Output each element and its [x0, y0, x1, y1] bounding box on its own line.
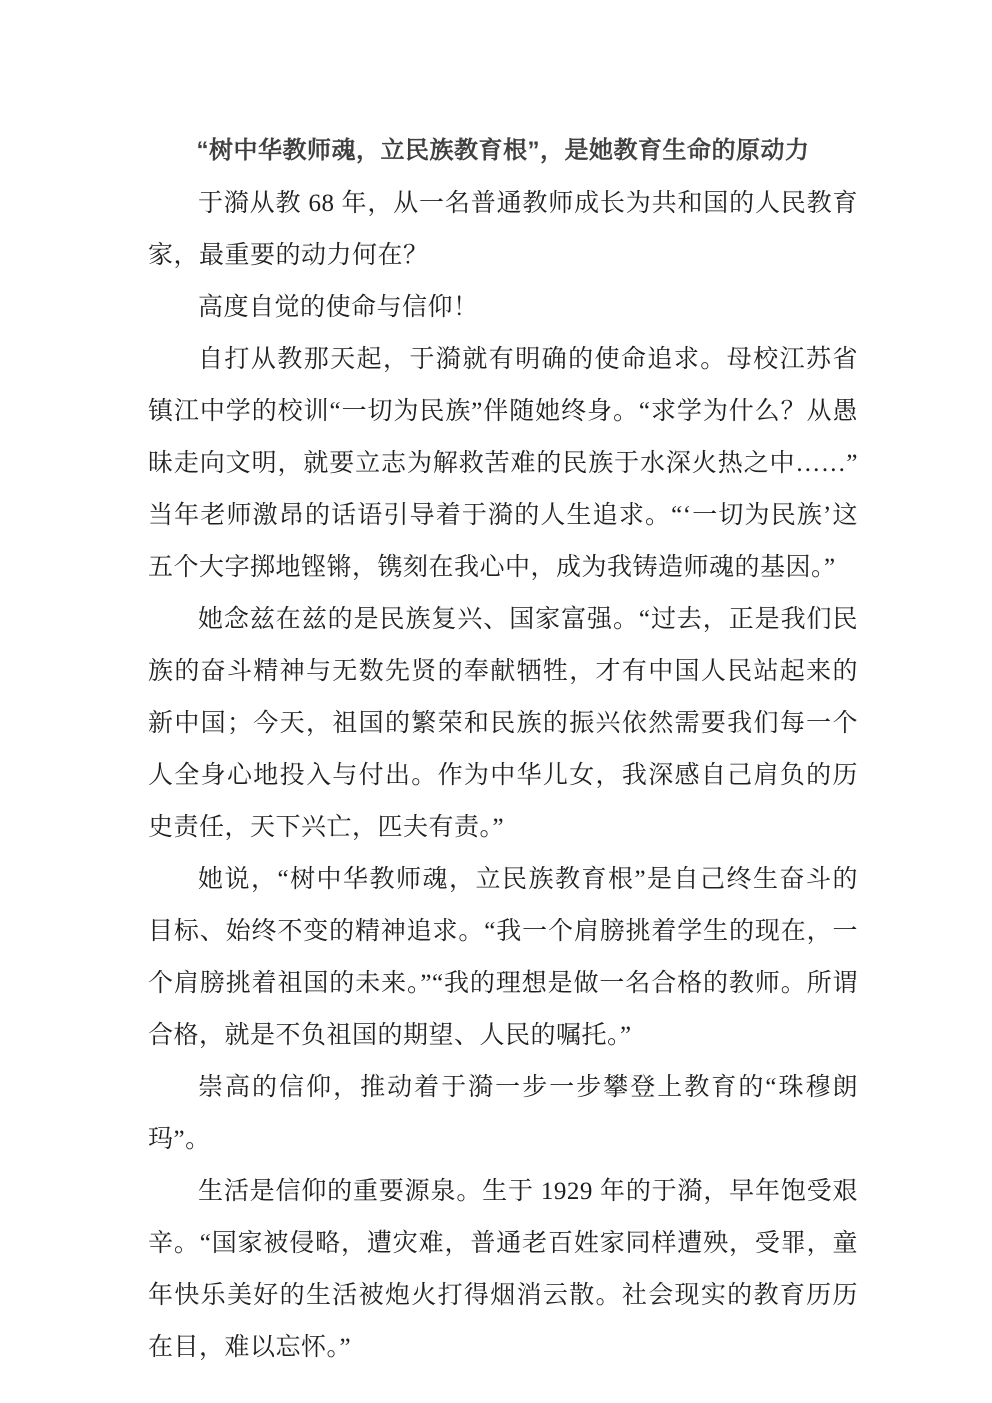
paragraph-lifelong-goal: 她说，“树中华教师魂，立民族教育根”是自己终生奋斗的目标、始终不变的精神追求。“…: [148, 854, 858, 1062]
paragraph-mission-faith: 高度自觉的使命与信仰！: [148, 282, 858, 334]
document-body: 于漪从教 68 年，从一名普通教师成长为共和国的人民教育家，最重要的动力何在？ …: [148, 178, 858, 1374]
paragraph-intro-question: 于漪从教 68 年，从一名普通教师成长为共和国的人民教育家，最重要的动力何在？: [148, 178, 858, 282]
paragraph-life-source: 生活是信仰的重要源泉。生于 1929 年的于漪，早年饱受艰辛。“国家被侵略，遭灾…: [148, 1166, 858, 1374]
document-page: “树中华教师魂，立民族教育根”，是她教育生命的原动力 于漪从教 68 年，从一名…: [0, 0, 992, 1403]
document-title: “树中华教师魂，立民族教育根”，是她教育生命的原动力: [148, 124, 858, 178]
paragraph-school-motto: 自打从教那天起，于漪就有明确的使命追求。母校江苏省镇江中学的校训“一切为民族”伴…: [148, 334, 858, 594]
paragraph-lofty-belief: 崇高的信仰，推动着于漪一步一步攀登上教育的“珠穆朗玛”。: [148, 1062, 858, 1166]
paragraph-national-rejuvenation: 她念兹在兹的是民族复兴、国家富强。“过去，正是我们民族的奋斗精神与无数先贤的奉献…: [148, 594, 858, 854]
